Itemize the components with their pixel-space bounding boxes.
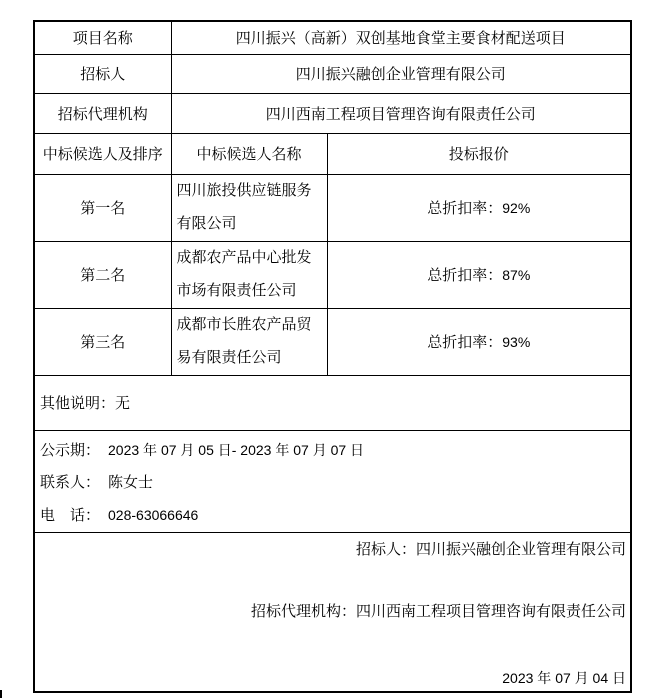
publicity-period-value: 2023 年 07 月 05 日- 2023 年 07 月 07 日 (108, 442, 364, 458)
price-label: 总折扣率： (427, 201, 502, 217)
signature-row: 招标人：四川振兴融创企业管理有限公司 招标代理机构：四川西南工程项目管理咨询有限… (34, 532, 631, 692)
candidate-2-rank: 第二名 (34, 241, 171, 308)
signature-date: 2023 年 07 月 04 日 (35, 667, 626, 689)
signature-agency: 招标代理机构：四川西南工程项目管理咨询有限责任公司 (35, 601, 626, 623)
agency-row: 招标代理机构 四川西南工程项目管理咨询有限责任公司 (34, 93, 631, 133)
candidates-header-row: 中标候选人及排序 中标候选人名称 投标报价 (34, 133, 631, 174)
candidates-rank-header: 中标候选人及排序 (34, 133, 171, 174)
candidate-row-3: 第三名 成都市长胜农产品贸易有限责任公司 总折扣率：93% (34, 308, 631, 375)
agency-label: 招标代理机构 (34, 93, 171, 133)
candidate-3-price: 总折扣率：93% (327, 308, 631, 375)
other-note: 其他说明：无 (34, 375, 631, 430)
contact-person-label: 联系人： (40, 475, 100, 491)
agency-value: 四川西南工程项目管理咨询有限责任公司 (171, 93, 631, 133)
candidate-1-rank: 第一名 (34, 174, 171, 241)
price-label: 总折扣率： (427, 268, 502, 284)
phone-label: 电 话： (40, 508, 100, 524)
page-edge-artifact (0, 690, 2, 698)
price-label: 总折扣率： (427, 335, 502, 351)
price-value: 87% (502, 267, 530, 283)
publicity-period-label: 公示期： (40, 443, 100, 459)
candidate-3-rank: 第三名 (34, 308, 171, 375)
publicity-period-line: 公示期：2023 年 07 月 05 日- 2023 年 07 月 07 日 (40, 434, 630, 467)
candidates-name-header: 中标候选人名称 (171, 133, 327, 174)
other-note-label: 其他说明： (40, 396, 115, 412)
price-value: 93% (502, 334, 530, 350)
contact-block: 公示期：2023 年 07 月 05 日- 2023 年 07 月 07 日 联… (34, 430, 631, 532)
signature-block: 招标人：四川振兴融创企业管理有限公司 招标代理机构：四川西南工程项目管理咨询有限… (34, 532, 631, 692)
project-name-label: 项目名称 (34, 21, 171, 54)
signature-bidder: 招标人：四川振兴融创企业管理有限公司 (35, 539, 626, 561)
project-name-row: 项目名称 四川振兴（高新）双创基地食堂主要食材配送项目 (34, 21, 631, 54)
candidate-row-1: 第一名 四川旅投供应链服务有限公司 总折扣率：92% (34, 174, 631, 241)
tenderer-value: 四川振兴融创企业管理有限公司 (171, 54, 631, 93)
candidate-3-name: 成都市长胜农产品贸易有限责任公司 (171, 308, 327, 375)
contact-person-value: 陈女士 (108, 475, 153, 491)
candidate-2-price: 总折扣率：87% (327, 241, 631, 308)
contact-row: 公示期：2023 年 07 月 05 日- 2023 年 07 月 07 日 联… (34, 430, 631, 532)
candidate-2-name: 成都农产品中心批发市场有限责任公司 (171, 241, 327, 308)
price-value: 92% (502, 200, 530, 216)
tenderer-row: 招标人 四川振兴融创企业管理有限公司 (34, 54, 631, 93)
candidate-1-price: 总折扣率：92% (327, 174, 631, 241)
contact-person-line: 联系人：陈女士 (40, 467, 630, 499)
tenderer-label: 招标人 (34, 54, 171, 93)
candidates-price-header: 投标报价 (327, 133, 631, 174)
project-name-value: 四川振兴（高新）双创基地食堂主要食材配送项目 (171, 21, 631, 54)
other-note-row: 其他说明：无 (34, 375, 631, 430)
phone-value: 028-63066646 (108, 507, 198, 523)
phone-line: 电 话：028-63066646 (40, 499, 630, 532)
bid-announcement-table: 项目名称 四川振兴（高新）双创基地食堂主要食材配送项目 招标人 四川振兴融创企业… (33, 20, 632, 693)
other-note-value: 无 (115, 396, 130, 412)
candidate-1-name: 四川旅投供应链服务有限公司 (171, 174, 327, 241)
candidate-row-2: 第二名 成都农产品中心批发市场有限责任公司 总折扣率：87% (34, 241, 631, 308)
